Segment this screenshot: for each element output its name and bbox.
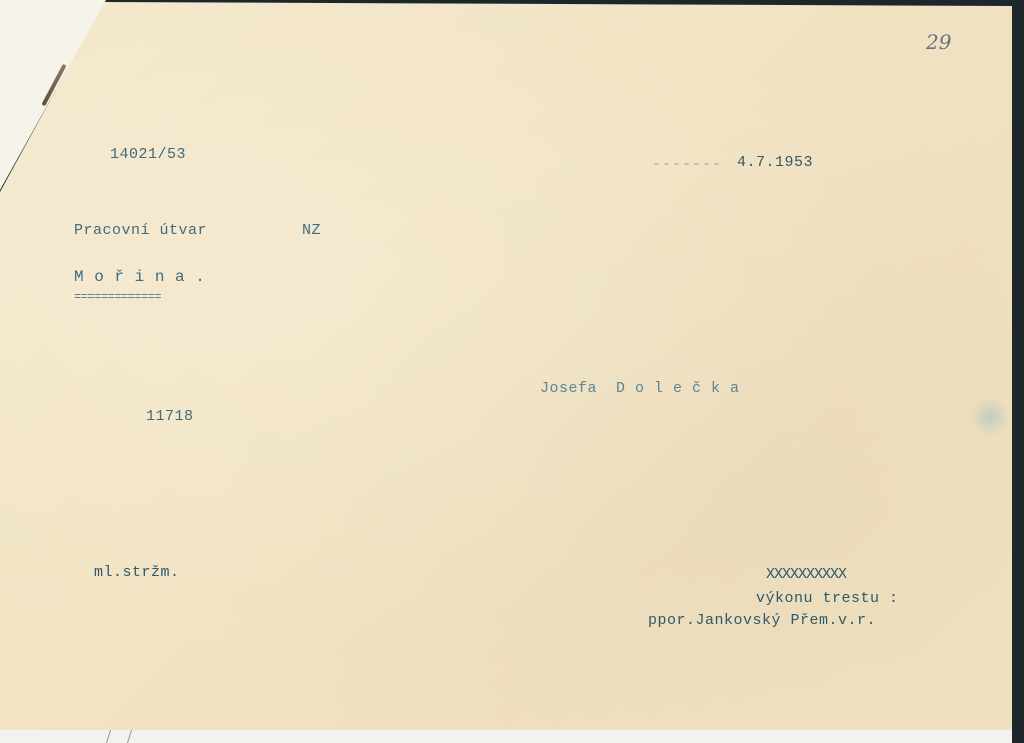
prisoner-number: 11718 [146,408,194,425]
signature-line-1: výkonu trestu : [756,590,899,607]
handwritten-page-number: 29 [926,30,951,54]
signature-line-2: ppor.Jankovský Přem.v.r. [648,612,876,629]
location-underline: ============= [74,292,161,302]
reference-number: 14021/53 [110,146,186,163]
scanned-document-view: 29 14021/53 ------- 4.7.1953 Pracovní út… [0,0,1024,743]
struck-out-title: XXXXXXXXXX [766,566,846,583]
document-date: 4.7.1953 [737,154,813,171]
underlying-sheet-pen-mark [106,730,132,743]
sender-rank: ml.stržm. [94,564,180,581]
underlying-sheet [0,728,1012,743]
unit-label: Pracovní útvar [74,222,207,239]
ink-bleed-spot [970,397,1010,437]
unit-code: NZ [302,222,321,239]
location-heading: M o ř i n a . [74,268,205,286]
date-leader-dashes: ------- [652,156,722,173]
recipient-name: Josefa D o l e č k a [540,380,740,397]
